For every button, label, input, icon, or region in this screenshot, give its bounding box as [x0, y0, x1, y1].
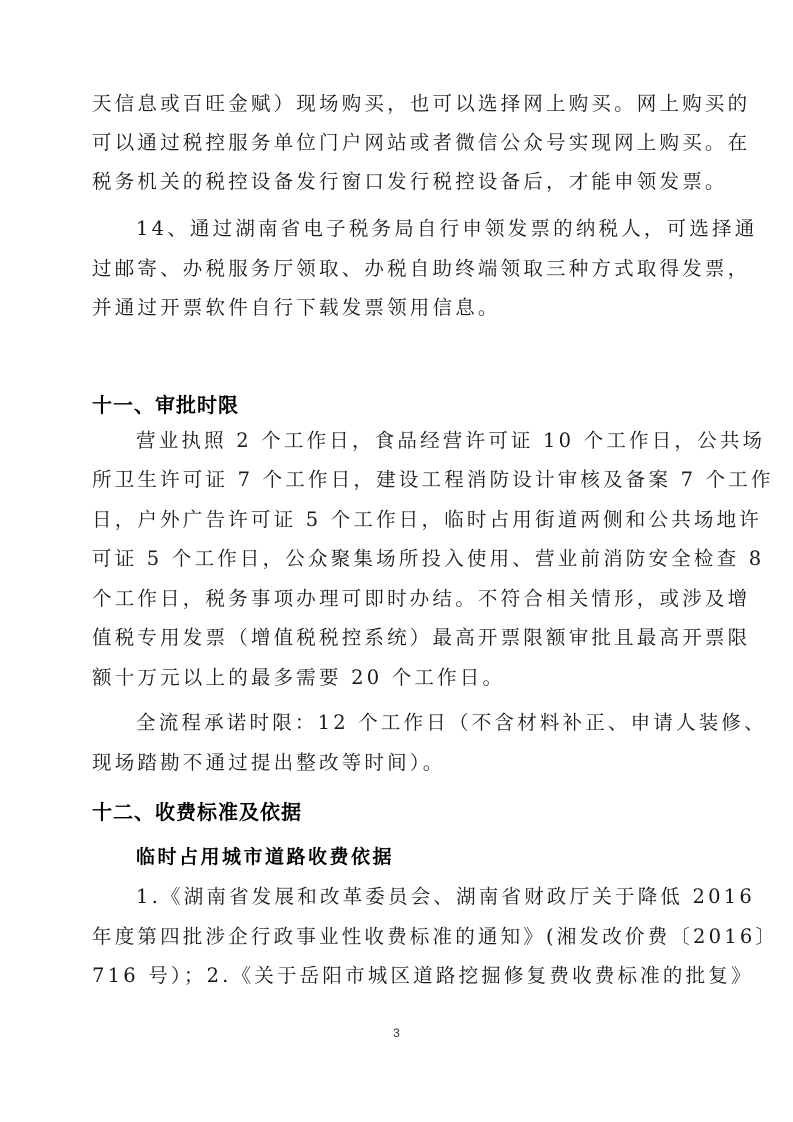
body-text-line: 天信息或百旺金赋）现场购买，也可以选择网上购买。网上购买的 — [92, 92, 706, 116]
body-text-line: 并通过开票软件自行下载发票领用信息。 — [92, 296, 706, 320]
document-page: 天信息或百旺金赋）现场购买，也可以选择网上购买。网上购买的 可以通过税控服务单位… — [0, 0, 793, 1122]
body-text-line: 税务机关的税控设备发行窗口发行税控设备后，才能申领发票。 — [92, 170, 706, 194]
subheading-road-occupation-fees: 临时占用城市道路收费依据 — [136, 845, 394, 869]
body-text-line: 716 号）；2.《关于岳阳市城区道路挖掘修复费收费标准的批复》 — [92, 964, 706, 988]
body-text-line: 所卫生许可证 7 个工作日，建设工程消防设计审核及备案 7 个工作 — [92, 468, 706, 492]
body-text-line: 值税专用发票（增值税税控系统）最高开票限额审批且最高开票限 — [92, 626, 706, 650]
page-number: 3 — [0, 1026, 793, 1040]
body-text-line: 过邮寄、办税服务厅领取、办税自助终端领取三种方式取得发票， — [92, 257, 706, 281]
body-text-line: 全流程承诺时限：12 个工作日（不含材料补正、申请人装修、 — [136, 711, 706, 735]
body-text-line: 营业执照 2 个工作日，食品经营许可证 10 个工作日，公共场 — [136, 429, 706, 453]
body-text-line: 日，户外广告许可证 5 个工作日，临时占用街道两侧和公共场地许 — [92, 508, 706, 532]
body-text-line: 可证 5 个工作日，公众聚集场所投入使用、营业前消防安全检查 8 — [92, 547, 706, 571]
body-text-line: 年度第四批涉企行政事业性收费标准的通知》(湘发改价费〔2016〕 — [92, 925, 706, 949]
body-text-line: 14、通过湖南省电子税务局自行申领发票的纳税人，可选择通 — [136, 217, 706, 241]
body-text-line: 额十万元以上的最多需要 20 个工作日。 — [92, 666, 706, 690]
body-text-line: 可以通过税控服务单位门户网站或者微信公众号实现网上购买。在 — [92, 131, 706, 155]
body-text-line: 个工作日，税务事项办理可即时办结。不符合相关情形，或涉及增 — [92, 587, 706, 611]
section-heading-fees: 十二、收费标准及依据 — [92, 800, 302, 824]
section-heading-approval-time: 十一、审批时限 — [92, 393, 239, 417]
body-text-line: 现场踏勘不通过提出整改等时间）。 — [92, 751, 706, 775]
body-text-line: 1.《湖南省发展和改革委员会、湖南省财政厅关于降低 2016 — [136, 885, 706, 909]
